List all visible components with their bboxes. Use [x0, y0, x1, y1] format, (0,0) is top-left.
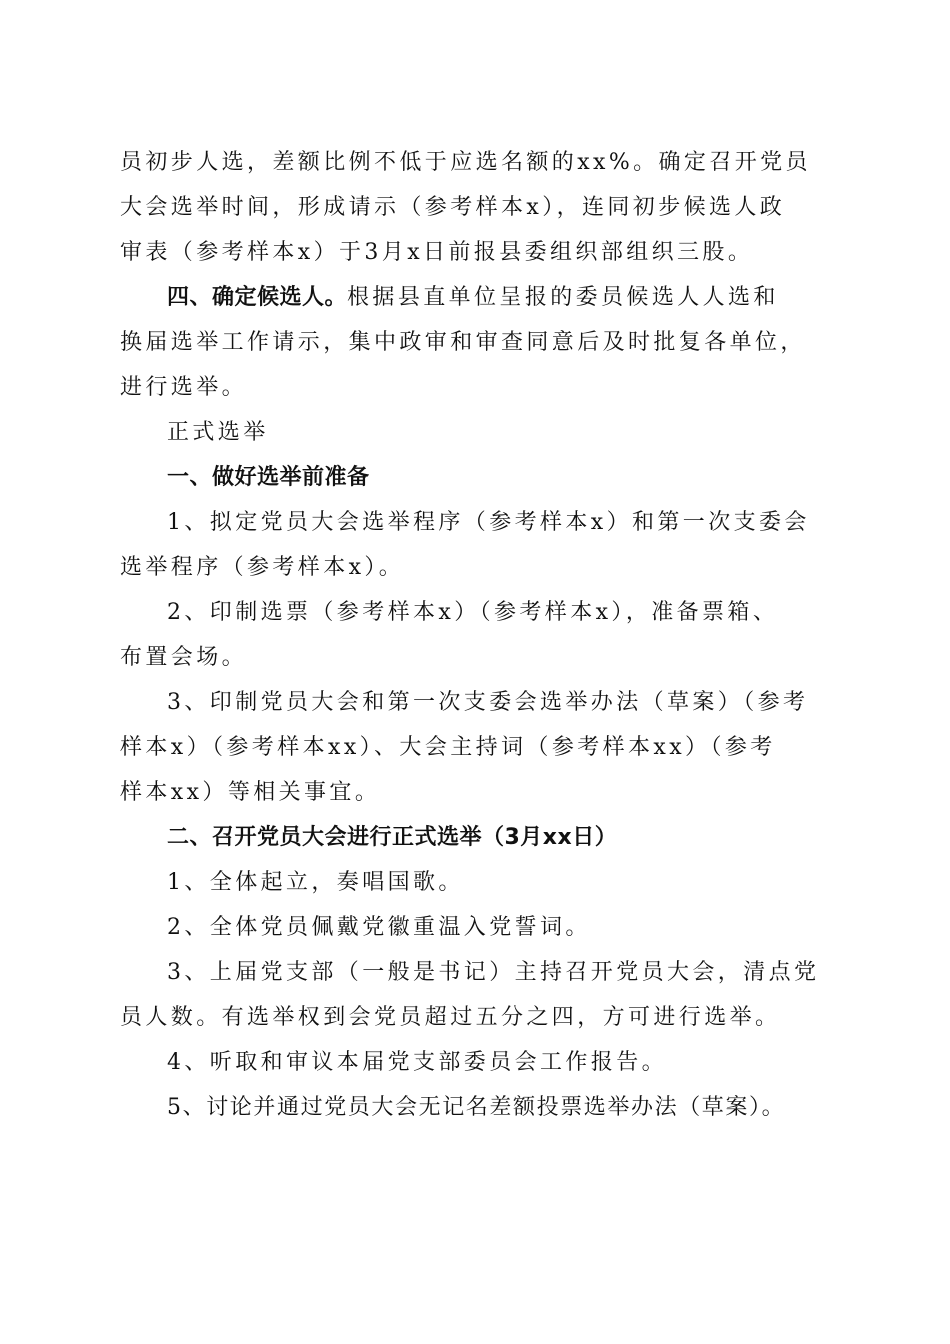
meeting-item-3: 3、上届党支部（一般是书记）主持召开党员大会，清点党: [120, 950, 832, 995]
section-four-line: 四、确定候选人。根据县直单位呈报的委员候选人人选和: [120, 275, 832, 320]
meeting-item-5: 5、讨论并通过党员大会无记名差额投票选举办法（草案）。: [120, 1085, 832, 1130]
heading-formal-election-meeting: 二、召开党员大会进行正式选举（3月xx日）: [120, 815, 832, 860]
heading-prepare-election: 一、做好选举前准备: [120, 455, 832, 500]
meeting-item-4: 4、听取和审议本届党支部委员会工作报告。: [120, 1040, 832, 1085]
section-four-heading: 四、确定候选人。: [167, 285, 347, 310]
paragraph-line: 员初步人选，差额比例不低于应选名额的xx%。确定召开党员: [120, 140, 832, 185]
prep-item-3-line: 3、印制党员大会和第一次支委会选举办法（草案）（参考: [120, 680, 832, 725]
document-page: 员初步人选，差额比例不低于应选名额的xx%。确定召开党员 大会选举时间，形成请示…: [120, 140, 832, 1130]
prep-item-1-line: 1、拟定党员大会选举程序（参考样本x）和第一次支委会: [120, 500, 832, 545]
prep-item-1-cont: 选举程序（参考样本x）。: [120, 545, 832, 590]
paragraph-line: 大会选举时间，形成请示（参考样本x），连同初步候选人政: [120, 185, 832, 230]
meeting-item-1: 1、全体起立，奏唱国歌。: [120, 860, 832, 905]
prep-item-3-cont: 样本xx）等相关事宜。: [120, 770, 832, 815]
prep-item-2-cont: 布置会场。: [120, 635, 832, 680]
meeting-item-3-cont: 员人数。有选举权到会党员超过五分之四，方可进行选举。: [120, 995, 832, 1040]
prep-item-2-line: 2、印制选票（参考样本x）（参考样本x），准备票箱、: [120, 590, 832, 635]
meeting-item-2: 2、全体党员佩戴党徽重温入党誓词。: [120, 905, 832, 950]
paragraph-line: 进行选举。: [120, 365, 832, 410]
paragraph-line: 换届选举工作请示，集中政审和审查同意后及时批复各单位，: [120, 320, 832, 365]
prep-item-3-cont: 样本x）（参考样本xx）、大会主持词（参考样本xx）（参考: [120, 725, 832, 770]
section-four-text: 根据县直单位呈报的委员候选人人选和: [347, 285, 779, 310]
formal-election-label: 正式选举: [120, 410, 832, 455]
paragraph-line: 审表（参考样本x）于3月x日前报县委组织部组织三股。: [120, 230, 832, 275]
